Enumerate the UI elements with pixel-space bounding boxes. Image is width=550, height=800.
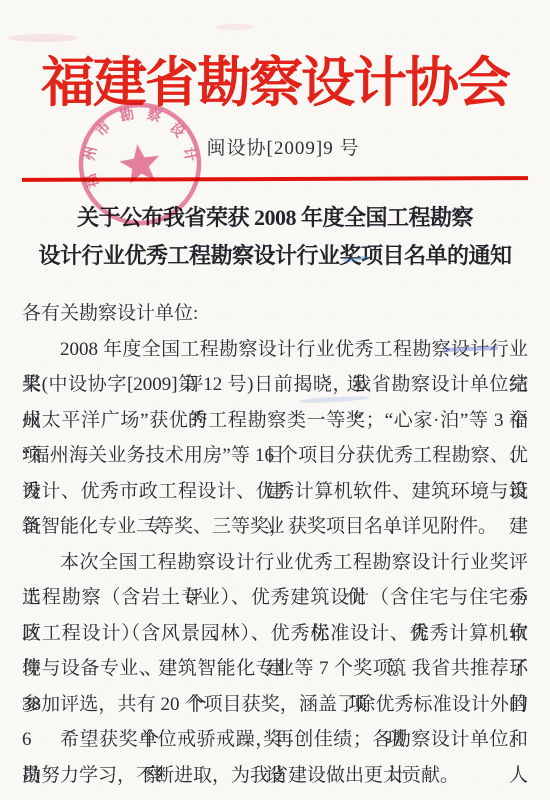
body-line: 参加评选，共有 20 个项目获奖，涵盖了除优秀标准设计外的 6 个奖项。 bbox=[22, 687, 528, 723]
body-line: 2008 年度全国工程勘察设计行业优秀工程勘察设计行业奖评选结 bbox=[22, 332, 528, 368]
body-line: 员努力学习，不断进取，为我省建设做出更大贡献。 bbox=[22, 758, 528, 794]
org-title: 福建省勘察设计协会 bbox=[0, 40, 550, 117]
pink-smudge-mark bbox=[215, 24, 255, 30]
body-line: 州太平洋广场”获优秀工程勘察类一等奖；“心家·泊”等 3 个项目、 bbox=[22, 403, 528, 439]
body-line: 希望获奖单位戒骄戒躁，再创佳绩；各勘察设计单位和勘察设计人 bbox=[22, 722, 528, 758]
body-line: 工程勘察（含岩土专业）、优秀建筑设计（含住宅与住宅小区）、优秀市 bbox=[22, 580, 528, 616]
body-line: 各有关勘察设计单位: bbox=[22, 296, 528, 332]
document-title-line2: 设计行业优秀工程勘察设计行业奖项目名单的通知 bbox=[10, 237, 540, 275]
red-divider-rule bbox=[22, 176, 528, 182]
official-document-page: 福建省勘察设计协会 闽设协[2009]9 号 福州市勘察设计协会 关于公布我省荣… bbox=[0, 0, 550, 800]
body-line: 本次全国工程勘察设计行业优秀工程勘察设计行业奖评选评优秀 bbox=[22, 545, 528, 581]
document-title-line1: 关于公布我省荣获 2008 年度全国工程勘察 bbox=[10, 199, 540, 237]
document-title: 关于公布我省荣获 2008 年度全国工程勘察 设计行业优秀工程勘察设计行业奖项目… bbox=[10, 199, 540, 275]
document-body: 各有关勘察设计单位:2008 年度全国工程勘察设计行业优秀工程勘察设计行业奖评选… bbox=[22, 296, 528, 793]
body-line: 筑智能化专业二等奖、三等奖，获奖项目名单详见附件。 bbox=[22, 509, 528, 545]
body-line: 果(中设协字[2009]第 12 号)日前揭晓，我省勘察设计单位完成的“福 bbox=[22, 367, 528, 403]
body-line: “福州海关业务技术用房”等 16 个项目分获优秀工程勘察、优秀建筑 bbox=[22, 438, 528, 474]
doc-number: 闽设协[2009]9 号 bbox=[8, 133, 550, 160]
body-line: 境与设备专业、建筑智能化专业等 7 个奖项。我省共推荐了 38 个项目 bbox=[22, 651, 528, 687]
body-line: 设计、优秀市政工程设计、优秀计算机软件、建筑环境与设备专业、建 bbox=[22, 474, 528, 510]
body-line: 政工程设计（含风景园林）、优秀标准设计、优秀计算机软件、建筑环 bbox=[22, 616, 528, 652]
